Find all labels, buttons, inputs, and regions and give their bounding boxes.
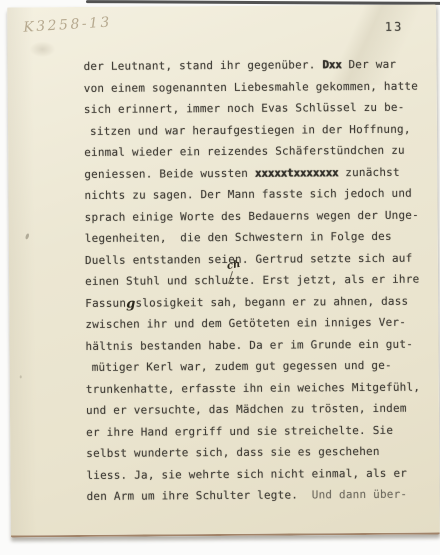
- typewritten-line: selbst wunderte sich, dass sie es gesche…: [86, 441, 434, 465]
- typewritten-line: nichts zu sagen. Der Mann fasste sich je…: [84, 183, 432, 207]
- typewritten-line: mütiger Kerl war, zudem gut gegessen und…: [86, 355, 434, 379]
- line-text: der Leutnant, stand ihr gegenüber.: [84, 58, 323, 73]
- line-text: einen Stuhl und schlu: [85, 274, 228, 288]
- pencil-smudge: [29, 41, 55, 57]
- typewritten-line: legenheiten, die den Schwestern in Folge…: [85, 226, 433, 250]
- typewritten-line: den Arm um ihre Schulter legte. Und dann…: [86, 484, 434, 508]
- typewritten-line: einmal wieder ein reizendes Schäferstünd…: [84, 140, 432, 164]
- typewritten-line: sich erinnert, immer noch Evas Schlüssel…: [84, 97, 432, 121]
- typewritten-text-block: der Leutnant, stand ihr gegenüber. Dxx D…: [83, 54, 434, 508]
- typewritten-line: einen Stuhl und schluchzte. Erst jetzt, …: [85, 269, 433, 293]
- line-text: Der war: [342, 58, 397, 71]
- line-text: Fassun: [85, 296, 126, 309]
- typewritten-line: liess. Ja, sie wehrte sich nicht einmal,…: [86, 462, 434, 486]
- paper-shading: [7, 7, 37, 535]
- typewritten-line: trunkenhatte, erfasste ihn ein weiches M…: [86, 376, 434, 400]
- overtyped-word: xxxxxtxxxxxxx: [255, 166, 339, 180]
- typewritten-line: sitzen und war heraufgestiegen in der Ho…: [84, 118, 432, 142]
- typewritten-line: der Leutnant, stand ihr gegenüber. Dxx D…: [83, 54, 431, 78]
- line-text: den Arm um ihre Schulter legte.: [87, 488, 312, 503]
- page-number: 13: [385, 20, 404, 34]
- overtyped-word: Dxx: [322, 58, 341, 71]
- typewritten-line: zwischen ihr und dem Getöteten ein innig…: [85, 312, 433, 336]
- typewritten-line: er ihre Hand ergriff und sie streichelte…: [86, 419, 434, 443]
- corrected-word: chz: [228, 270, 235, 292]
- handwritten-catalog-number: K3258-13: [23, 14, 112, 35]
- typewritten-line: geniessen. Beide wussten xxxxxtxxxxxxx z…: [84, 161, 432, 185]
- line-text: slosigkeit sah, begann er zu ahnen, dass: [135, 294, 408, 309]
- typewritten-page: K3258-13 13 der Leutnant, stand ihr gege…: [7, 5, 440, 538]
- faded-line-text: Und dann über-: [312, 488, 408, 502]
- handwritten-insertion-ch: ch: [226, 260, 241, 272]
- handwritten-letter-g: g: [126, 296, 135, 311]
- line-text: zunächst: [338, 165, 399, 178]
- pencil-speck: [20, 375, 22, 378]
- line-text: te. Erst jetzt, als er ihre: [235, 273, 419, 287]
- typewritten-line: Fassungslosigkeit sah, begann er zu ahne…: [85, 290, 433, 314]
- typewritten-line: sprach einige Worte des Bedauerns wegen …: [85, 204, 433, 228]
- pencil-speck: [25, 233, 30, 240]
- typewritten-line: Duells entstanden seien. Gertrud setzte …: [85, 247, 433, 271]
- typewritten-line: hältnis bestanden habe. Da er im Grunde …: [85, 333, 433, 357]
- typewritten-line: und er versuchte, das Mädchen zu trösten…: [86, 398, 434, 422]
- line-text: geniessen. Beide wussten: [84, 166, 255, 180]
- typewritten-line: von einem sogenannten Liebesmahle gekomm…: [84, 75, 432, 99]
